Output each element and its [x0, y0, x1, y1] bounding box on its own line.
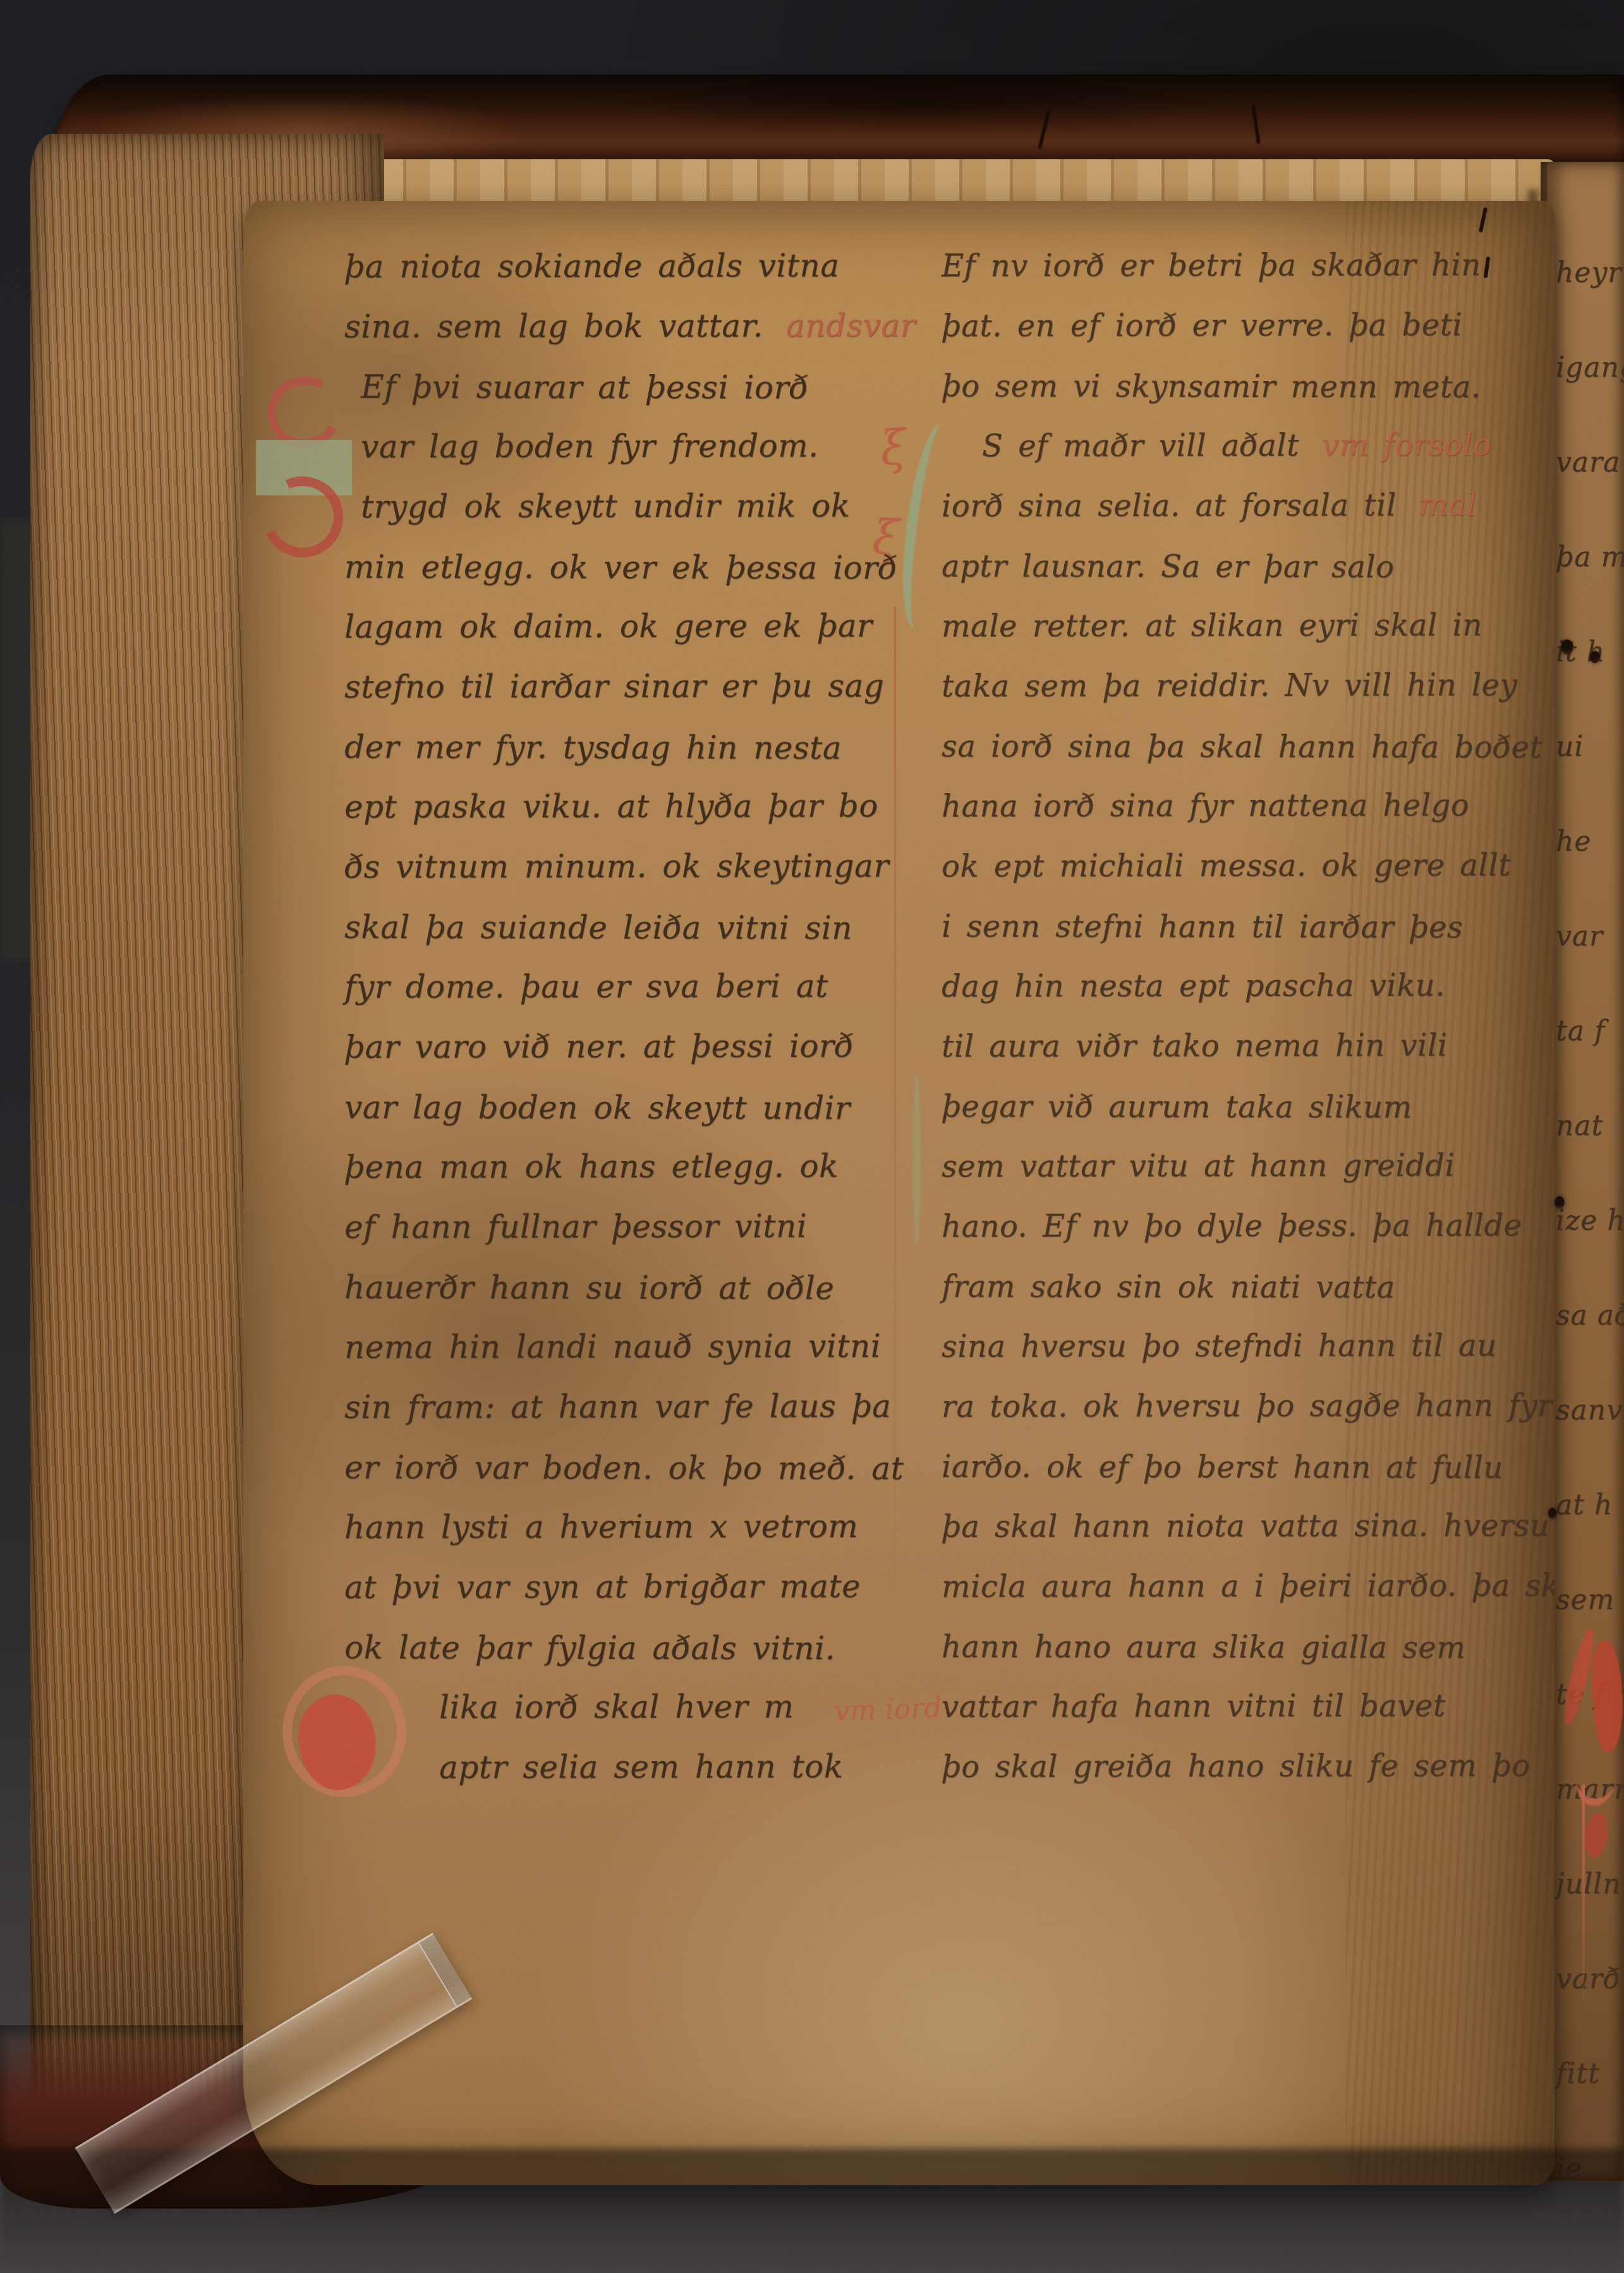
- ink-text: min etlegg. ok ver ek þessa iorð: [344, 549, 897, 586]
- ink-text: taka sem þa reiddir. Nv vill hin ley: [942, 667, 1517, 704]
- ink-text: iarðo. ok ef þo berst hann at fullu: [942, 1449, 1503, 1486]
- ink-text: hann lysti a hverium x vetrom: [344, 1508, 858, 1546]
- ink-text: ok ept michiali messa. ok gere allt: [942, 847, 1511, 884]
- ink-text: hano. Ef nv þo dyle þess. þa hallde: [942, 1208, 1522, 1244]
- fore-edge-fragment: at h: [1556, 1489, 1624, 1584]
- ink-text: der mer fyr. tysdag hin nesta: [344, 729, 842, 766]
- manuscript-line: ok ept michiali messa. ok gere allt: [942, 847, 1554, 909]
- manuscript-line: til aura viðr tako nema hin vili: [942, 1027, 1554, 1089]
- manuscript-line: dag hin nesta ept pascha viku.: [942, 967, 1554, 1029]
- ink-text: þo skal greiða hano sliku fe sem þo: [942, 1748, 1530, 1785]
- manuscript-line: vattar hafa hann vitni til bavet: [942, 1688, 1554, 1749]
- manuscript-line: var lag boden fyr frendom.: [361, 427, 916, 488]
- manuscript-line: iarðo. ok ef þo berst hann at fullu: [942, 1449, 1554, 1510]
- manuscript-line: hana iorð sina fyr nattena helgo: [942, 787, 1554, 849]
- red-flourish-blob: [1582, 1811, 1611, 1859]
- manuscript-line: fram sako sin ok niati vatta: [942, 1269, 1554, 1330]
- book-bottom-shadow: [0, 2149, 1624, 2273]
- manuscript-line: sin fram: at hann var fe laus þa: [344, 1388, 916, 1449]
- ink-text: þegar við aurum taka slikum: [942, 1089, 1412, 1125]
- manuscript-line: i senn stefni hann til iarðar þes: [942, 909, 1554, 970]
- ink-text: sina. sem lag bok vattar.: [344, 308, 763, 345]
- manuscript-line: male retter. at slikan eyri skal in: [942, 607, 1554, 669]
- sewing-hole: [1548, 1508, 1557, 1519]
- text-column-right: Ef nv iorð er betri þa skaðar hinþat. en…: [942, 248, 1554, 1809]
- manuscript-line: nema hin landi nauð synia vitni: [344, 1328, 916, 1389]
- leather-crack: [1252, 105, 1261, 144]
- fore-edge-fragment: sanv: [1556, 1394, 1624, 1489]
- ink-text: aptr selia sem hann tok: [439, 1748, 844, 1785]
- ink-text: hauerðr hann su iorð at oðle: [344, 1269, 834, 1306]
- fore-edge-fragment: var: [1556, 920, 1624, 1015]
- ink-text: at þvi var syn at brigðar mate: [344, 1568, 861, 1606]
- manuscript-line: hann hano aura slika gialla sem: [942, 1629, 1554, 1690]
- manuscript-line: skal þa suiande leiða vitni sin: [344, 909, 916, 970]
- rubric-text: andsvar: [786, 307, 916, 344]
- manuscript-line: ra toka. ok hversu þo sagðe hann fyr: [942, 1388, 1554, 1449]
- ink-text: þa niota sokiande aðals vitna: [344, 247, 840, 285]
- ink-text: hann hano aura slika gialla sem: [942, 1629, 1465, 1665]
- ink-text: fyr dome. þau er sva beri at: [344, 967, 828, 1005]
- fore-edge-fragment: ize h: [1556, 1204, 1624, 1299]
- ink-text: var lag boden ok skeytt undir: [344, 1089, 850, 1126]
- red-flourish-hook: [1572, 1745, 1621, 1809]
- manuscript-line: der mer fyr. tysdag hin nesta: [344, 729, 916, 790]
- ink-text: þena man ok hans etlegg. ok: [344, 1148, 839, 1185]
- manuscript-line: aptr selia sem hann tok: [439, 1748, 916, 1809]
- ink-text: til aura viðr tako nema hin vili: [942, 1027, 1448, 1064]
- ink-text: var lag boden fyr frendom.: [361, 427, 819, 465]
- ink-text: sem vattar vitu at hann greiddi: [942, 1148, 1455, 1184]
- sewing-hole: [1554, 1196, 1565, 1209]
- manuscript-line: þa skal hann niota vatta sina. hversu: [942, 1508, 1554, 1569]
- red-pen-flourish-edge: [1553, 1616, 1623, 2021]
- manuscript-line: sa iorð sina þa skal hann hafa boðet: [942, 729, 1554, 790]
- manuscript-line: lagam ok daim. ok gere ek þar: [344, 607, 916, 669]
- manuscript-line: taka sem þa reiddir. Nv vill hin ley: [942, 667, 1554, 729]
- ink-text: sina hversu þo stefndi hann til au: [942, 1328, 1497, 1364]
- manuscript-line: Ef þvi suarar at þessi iorð: [361, 368, 916, 430]
- fore-edge-fragment: þa m: [1556, 541, 1624, 636]
- ink-text: ok late þar fylgia aðals vitni.: [344, 1629, 835, 1666]
- leather-crack: [1038, 110, 1051, 149]
- parchment-page: ξ ξ vm iord þa niota sokiande aðals vitn…: [243, 201, 1554, 2185]
- manuscript-line: sina. sem lag bok vattar.andsvar: [344, 307, 916, 368]
- ink-text: fram sako sin ok niati vatta: [942, 1269, 1395, 1305]
- fore-edge-fragment: nat: [1556, 1110, 1624, 1204]
- manuscript-line: lika iorð skal hver m: [439, 1688, 916, 1749]
- fore-edge-fragment: heyr: [1556, 257, 1624, 351]
- manuscript-line: þegar við aurum taka slikum: [942, 1089, 1554, 1150]
- manuscript-line: hano. Ef nv þo dyle þess. þa hallde: [942, 1208, 1554, 1269]
- rubric-text: mal: [1419, 487, 1477, 523]
- ink-text: Ef nv iorð er betri þa skaðar hin: [942, 247, 1481, 284]
- fore-edge-fragment: fitt: [1556, 2058, 1624, 2152]
- manuscript-line: aptr lausnar. Sa er þar salo: [942, 549, 1554, 610]
- manuscript-line: þat. en ef iorð er verre. þa beti: [942, 307, 1554, 368]
- ink-text: ra toka. ok hversu þo sagðe hann fyr: [942, 1388, 1553, 1424]
- ink-text: lika iorð skal hver m: [439, 1688, 794, 1726]
- manuscript-line: þa niota sokiande aðals vitna: [344, 247, 916, 308]
- ink-text: iorð sina selia. at forsala til: [942, 488, 1397, 524]
- ink-text: stefno til iarðar sinar er þu sag: [344, 667, 884, 705]
- fore-edge-fragment: sa að: [1556, 1299, 1624, 1394]
- manuscript-line: fyr dome. þau er sva beri at: [344, 967, 916, 1029]
- fore-edge-fragment: he: [1556, 825, 1624, 920]
- manuscript-line: þo sem vi skynsamir menn meta.: [942, 368, 1554, 430]
- manuscript-line: sina hversu þo stefndi hann til au: [942, 1328, 1554, 1389]
- manuscript-line: ept paska viku. at hlyða þar bo: [344, 787, 916, 849]
- ink-text: micla aura hann a i þeiri iarðo. þa skal: [942, 1568, 1554, 1604]
- manuscript-line: þo skal greiða hano sliku fe sem þo: [942, 1748, 1554, 1809]
- ink-text: þo sem vi skynsamir menn meta.: [942, 368, 1481, 404]
- manuscript-line: sem vattar vitu at hann greiddi: [942, 1148, 1554, 1209]
- sewing-hole: [1561, 639, 1573, 655]
- sewing-hole: [1590, 651, 1600, 664]
- manuscript-line: var lag boden ok skeytt undir: [344, 1089, 916, 1150]
- ink-text: sin fram: at hann var fe laus þa: [344, 1388, 892, 1426]
- ink-text: ef hann fullnar þessor vitni: [344, 1208, 807, 1246]
- manuscript-line: Ef nv iorð er betri þa skaðar hin: [942, 247, 1554, 308]
- ink-text: ðs vitnum minum. ok skeytingar: [344, 847, 889, 885]
- text-column-left: þa niota sokiande aðals vitnasina. sem l…: [344, 248, 916, 1809]
- manuscript-line: S ef maðr vill aðaltvm forsolo: [982, 427, 1554, 488]
- ink-text: male retter. at slikan eyri skal in: [942, 607, 1482, 644]
- manuscript-line: min etlegg. ok ver ek þessa iorð: [344, 549, 916, 610]
- manuscript-line: ðs vitnum minum. ok skeytingar: [344, 847, 916, 909]
- ink-text: þat. en ef iorð er verre. þa beti: [942, 307, 1462, 344]
- manuscript-line: ok late þar fylgia aðals vitni.: [344, 1629, 916, 1690]
- fore-edge-fragment: vara: [1556, 446, 1624, 541]
- ink-text: þar varo við ner. at þessi iorð: [344, 1027, 854, 1065]
- ink-text: dag hin nesta ept pascha viku.: [942, 967, 1445, 1004]
- manuscript-line: trygd ok skeytt undir mik ok: [361, 487, 916, 549]
- ink-text: er iorð var boden. ok þo með. at: [344, 1449, 904, 1487]
- red-flourish-line: [1582, 1785, 1585, 1999]
- manuscript-line: hauerðr hann su iorð at oðle: [344, 1269, 916, 1330]
- manuscript-line: ef hann fullnar þessor vitni: [344, 1208, 916, 1269]
- manuscript-line: iorð sina selia. at forsala tilmal: [942, 487, 1554, 549]
- ink-text: sa iorð sina þa skal hann hafa boðet: [942, 729, 1542, 765]
- red-flourish-leaf: [1587, 1639, 1624, 1753]
- rubric-text: vm forsolo: [1322, 427, 1491, 463]
- ink-text: i senn stefni hann til iarðar þes: [942, 909, 1463, 945]
- manuscript-line: micla aura hann a i þeiri iarðo. þa skal: [942, 1568, 1554, 1629]
- ink-text: vattar hafa hann vitni til bavet: [942, 1688, 1446, 1724]
- manuscript-line: at þvi var syn at brigðar mate: [344, 1568, 916, 1629]
- ink-text: hana iorð sina fyr nattena helgo: [942, 787, 1469, 824]
- ink-text: aptr lausnar. Sa er þar salo: [942, 549, 1395, 585]
- ink-text: S ef maðr vill aðalt: [982, 428, 1299, 464]
- manuscript-line: hann lysti a hverium x vetrom: [344, 1508, 916, 1569]
- fore-edge-fragment: ta f: [1556, 1015, 1624, 1110]
- ink-text: þa skal hann niota vatta sina. hversu: [942, 1508, 1549, 1544]
- manuscript-photo: heyrigangvaraþa mit huihevarta fnatize h…: [0, 0, 1624, 2273]
- ink-text: skal þa suiande leiða vitni sin: [344, 909, 852, 946]
- manuscript-line: þena man ok hans etlegg. ok: [344, 1148, 916, 1209]
- manuscript-line: er iorð var boden. ok þo með. at: [344, 1449, 916, 1510]
- manuscript-line: stefno til iarðar sinar er þu sag: [344, 667, 916, 729]
- fore-edge-fragment: ui: [1556, 730, 1624, 825]
- ink-text: ept paska viku. at hlyða þar bo: [344, 787, 878, 825]
- ink-text: nema hin landi nauð synia vitni: [344, 1328, 881, 1366]
- ink-text: lagam ok daim. ok gere ek þar: [344, 607, 873, 645]
- fore-edge-fragment: igang: [1556, 351, 1624, 446]
- ink-text: Ef þvi suarar at þessi iorð: [361, 368, 809, 406]
- ink-text: trygd ok skeytt undir mik ok: [361, 487, 851, 525]
- manuscript-line: þar varo við ner. at þessi iorð: [344, 1027, 916, 1089]
